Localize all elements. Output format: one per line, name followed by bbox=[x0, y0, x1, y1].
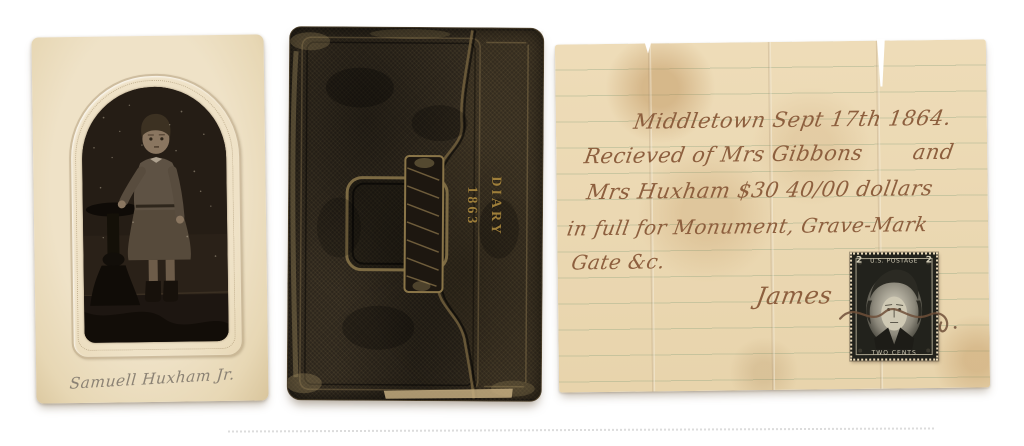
paper-nick bbox=[643, 41, 653, 53]
receipt-line-3: Mrs Huxham $30 40/00 dollars bbox=[585, 176, 935, 204]
stamp-top-text: U.S. POSTAGE bbox=[852, 257, 936, 264]
postage-stamp: 2 2 U.S. POSTAGE TWO CENTS bbox=[850, 252, 938, 360]
receipt-document: Middletown Sept 17th 1864. Recieved of M… bbox=[555, 39, 990, 392]
cdv-photo-card: Samuell Huxham Jr. bbox=[31, 34, 268, 403]
receipt-line-1: Middletown Sept 17th 1864. bbox=[632, 106, 953, 134]
diary-stamp-year: 1863 bbox=[459, 162, 484, 250]
gold-diary-stamp: DIARY 1863 bbox=[452, 162, 515, 250]
receipt-line-2: Recieved of Mrs Gibbons and bbox=[582, 140, 956, 169]
photograph-of-artifacts: Samuell Huxham Jr. bbox=[0, 0, 1024, 446]
signature: James bbox=[754, 281, 834, 310]
signature-scrawl-cancel bbox=[838, 280, 968, 340]
receipt-line-5: Gate &c. bbox=[570, 249, 667, 274]
leather-diary-wallet: DIARY 1863 bbox=[287, 26, 545, 402]
receipt-line-4: in full for Monument, Grave-Mark bbox=[565, 212, 930, 240]
diary-stamp-word: DIARY bbox=[483, 162, 508, 250]
child-portrait bbox=[81, 86, 229, 343]
tintype-photo bbox=[81, 86, 229, 343]
stamp-bottom-text: TWO CENTS bbox=[852, 349, 936, 356]
photo-caption: Samuell Huxham Jr. bbox=[42, 364, 263, 395]
baseline-dotted-shadow bbox=[228, 427, 934, 432]
